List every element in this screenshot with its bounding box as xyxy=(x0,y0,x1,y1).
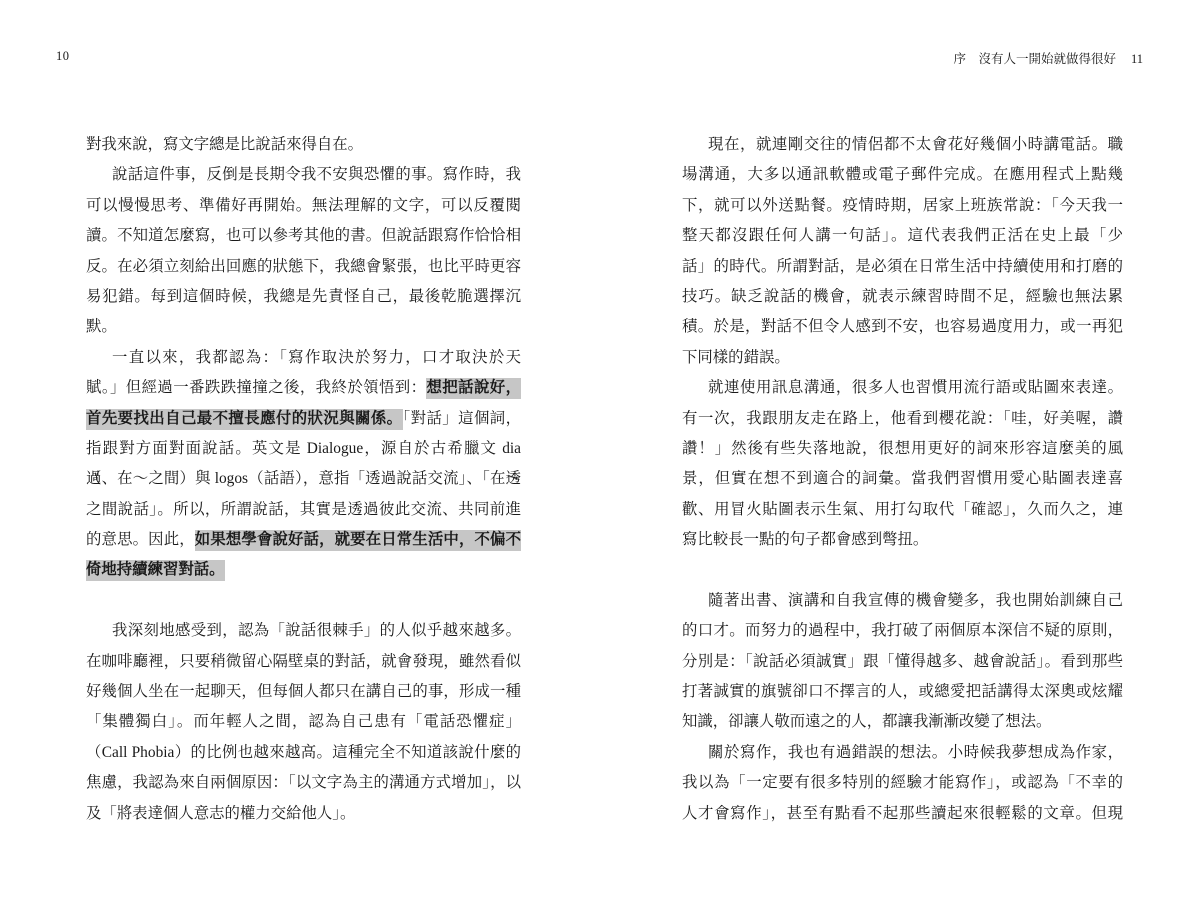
text-line: 分別是：「說話必須誠實」跟「懂得越多、越會說話」。看到那些 xyxy=(682,647,1123,677)
text-run: 可以慢慢思考、準備好再開始。無法理解的文字，可以反覆閱 xyxy=(86,197,521,214)
text-line: 知識，卻讓人敬而遠之的人，都讓我漸漸改變了想法。 xyxy=(682,707,1123,737)
text-run: 對我來說，寫文字總是比說話來得自在。 xyxy=(86,136,363,153)
text-run: 寫比較長一點的句子都會感到彆扭。 xyxy=(682,531,928,548)
text-run: 關於寫作，我也有過錯誤的想法。小時候我夢想成為作家， xyxy=(708,744,1123,761)
text-line: 的意思。因此，如果想學會說好話，就要在日常生活中，不偏不 xyxy=(86,525,521,555)
text-run: 「集體獨白」。而年輕人之間，認為自己患有「電話恐懼症」 xyxy=(86,713,521,730)
text-run: 話」的時代。所謂對話，是必須在日常生活中持續使用和打磨的 xyxy=(682,258,1123,275)
text-run: 下，就可以外送點餐。疫情時期，居家上班族常說：「今天我一 xyxy=(682,197,1123,214)
text-run: 賦。」但經過一番跌跌撞撞之後，我終於領悟到： xyxy=(86,379,426,396)
text-line: 默。 xyxy=(86,312,521,342)
running-header: 序 沒有人一開始就做得很好 11 xyxy=(953,49,1143,67)
text-line: 倚地持續練習對話。 xyxy=(86,555,521,585)
text-run: 焦慮，我認為來自兩個原因：「以文字為主的溝通方式增加」，以 xyxy=(86,774,521,791)
text-run: 場溝通，大多以通訊軟體或電子郵件完成。在應用程式上點幾 xyxy=(682,166,1123,183)
highlighted-text: 首先要找出自己最不擅長應付的狀況與關係。 xyxy=(86,409,403,430)
highlighted-text: 倚地持續練習對話。 xyxy=(86,560,225,581)
text-run: 好幾個人坐在一起聊天，但每個人都只在講自己的事，形成一種 xyxy=(86,683,521,700)
text-line: 整天都沒跟任何人講一句話」。這代表我們正活在史上最「少 xyxy=(682,221,1123,251)
text-run: 下同樣的錯誤。 xyxy=(682,349,790,366)
text-line: 說話這件事，反倒是長期令我不安與恐懼的事。寫作時，我 xyxy=(86,160,521,190)
text-line: 一直以來，我都認為：「寫作取決於努力，口才取決於天 xyxy=(86,343,521,373)
text-run: 過、在～之間）與 logos（話語），意指「透過說話交流」、「在～ xyxy=(86,470,521,487)
text-line: 過、在～之間）與 logos（話語），意指「透過說話交流」、「在～ xyxy=(86,464,521,494)
text-line: 反。在必須立刻給出回應的狀態下，我總會緊張，也比平時更容 xyxy=(86,252,521,282)
text-run: 易犯錯。每到這個時候，我總是先責怪自己，最後乾脆選擇沉 xyxy=(86,288,521,305)
text-run: 讚！」然後有些失落地說，很想用更好的詞來形容這麼美的風 xyxy=(682,440,1123,457)
text-run: 「對話」這個詞， xyxy=(403,410,521,427)
text-line: 讀。不知道怎麼寫，也可以參考其他的書。但說話跟寫作恰恰相 xyxy=(86,221,521,251)
page-number-right: 11 xyxy=(1131,52,1143,67)
text-line: 我以為「一定要有很多特別的經驗才能寫作」，或認為「不幸的 xyxy=(682,768,1123,798)
text-line: 就連使用訊息溝通，很多人也習慣用流行語或貼圖來表達。 xyxy=(682,373,1123,403)
text-run: 隨著出書、演講和自我宣傳的機會變多，我也開始訓練自己 xyxy=(708,592,1123,609)
highlighted-text: 如果想學會說好話，就要在日常生活中，不偏不 xyxy=(195,530,521,551)
page-number-left: 10 xyxy=(56,49,70,64)
text-line: 話」的時代。所謂對話，是必須在日常生活中持續使用和打磨的 xyxy=(682,252,1123,282)
text-line: 有一次，我跟朋友走在路上，他看到櫻花說：「哇，好美喔，讚 xyxy=(682,404,1123,434)
text-run: 景，但實在想不到適合的詞彙。當我們習慣用愛心貼圖表達喜 xyxy=(682,470,1123,487)
text-run: 分別是：「說話必須誠實」跟「懂得越多、越會說話」。看到那些 xyxy=(682,653,1123,670)
text-line: 首先要找出自己最不擅長應付的狀況與關係。「對話」這個詞， xyxy=(86,404,521,434)
text-run: 積。於是，對話不但令人感到不安，也容易過度用力，或一再犯 xyxy=(682,318,1123,335)
text-line: 景，但實在想不到適合的詞彙。當我們習慣用愛心貼圖表達喜 xyxy=(682,464,1123,494)
text-line: 焦慮，我認為來自兩個原因：「以文字為主的溝通方式增加」，以 xyxy=(86,768,521,798)
left-page-text: 對我來說，寫文字總是比說話來得自在。說話這件事，反倒是長期令我不安與恐懼的事。寫… xyxy=(86,130,521,829)
text-run: 就連使用訊息溝通，很多人也習慣用流行語或貼圖來表達。 xyxy=(708,379,1123,396)
text-line: 技巧。缺乏說話的機會，就表示練習時間不足，經驗也無法累 xyxy=(682,282,1123,312)
text-line: （Call Phobia）的比例也越來越高。這種完全不知道該說什麼的 xyxy=(86,738,521,768)
text-line: 打著誠實的旗號卻口不擇言的人，或總愛把話講得太深奧或炫耀 xyxy=(682,677,1123,707)
text-run: 人才會寫作」，甚至有點看不起那些讀起來很輕鬆的文章。但現 xyxy=(682,805,1123,822)
text-line: 的口才。而努力的過程中，我打破了兩個原本深信不疑的原則， xyxy=(682,616,1123,646)
text-run: 在咖啡廳裡，只要稍微留心隔壁桌的對話，就會發現，雖然看似 xyxy=(86,653,521,670)
text-line: 賦。」但經過一番跌跌撞撞之後，我終於領悟到：想把話說好， xyxy=(86,373,521,403)
text-line: 寫比較長一點的句子都會感到彆扭。 xyxy=(682,525,1123,555)
text-line: 下同樣的錯誤。 xyxy=(682,343,1123,373)
blank-line xyxy=(682,555,1123,585)
text-run: 我以為「一定要有很多特別的經驗才能寫作」，或認為「不幸的 xyxy=(682,774,1123,791)
text-run: 及「將表達個人意志的權力交給他人」。 xyxy=(86,805,355,822)
text-run: 讀。不知道怎麼寫，也可以參考其他的書。但說話跟寫作恰恰相 xyxy=(86,227,521,244)
text-line: 積。於是，對話不但令人感到不安，也容易過度用力，或一再犯 xyxy=(682,312,1123,342)
text-run: 整天都沒跟任何人講一句話」。這代表我們正活在史上最「少 xyxy=(682,227,1123,244)
text-line: 指跟對方面對面說話。英文是 Dialogue，源自於古希臘文 dia（透 xyxy=(86,434,521,464)
text-run: 的意思。因此， xyxy=(86,531,195,548)
text-run: 有一次，我跟朋友走在路上，他看到櫻花說：「哇，好美喔，讚 xyxy=(682,410,1123,427)
text-run: 知識，卻讓人敬而遠之的人，都讓我漸漸改變了想法。 xyxy=(682,713,1051,730)
text-run: 說話這件事，反倒是長期令我不安與恐懼的事。寫作時，我 xyxy=(112,166,521,183)
text-run: 反。在必須立刻給出回應的狀態下，我總會緊張，也比平時更容 xyxy=(86,258,521,275)
text-run: 默。 xyxy=(86,318,117,335)
running-title: 序 沒有人一開始就做得很好 xyxy=(953,49,1116,67)
text-run: 現在，就連剛交往的情侶都不太會花好幾個小時講電話。職 xyxy=(708,136,1123,153)
text-run: 的口才。而努力的過程中，我打破了兩個原本深信不疑的原則， xyxy=(682,622,1123,639)
text-line: 現在，就連剛交往的情侶都不太會花好幾個小時講電話。職 xyxy=(682,130,1123,160)
text-line: 場溝通，大多以通訊軟體或電子郵件完成。在應用程式上點幾 xyxy=(682,160,1123,190)
text-line: 人才會寫作」，甚至有點看不起那些讀起來很輕鬆的文章。但現 xyxy=(682,799,1123,829)
text-line: 我深刻地感受到，認為「說話很棘手」的人似乎越來越多。 xyxy=(86,616,521,646)
text-run: （Call Phobia）的比例也越來越高。這種完全不知道該說什麼的 xyxy=(86,744,521,761)
text-line: 之間說話」。所以，所謂說話，其實是透過彼此交流、共同前進 xyxy=(86,495,521,525)
text-line: 好幾個人坐在一起聊天，但每個人都只在講自己的事，形成一種 xyxy=(86,677,521,707)
text-line: 可以慢慢思考、準備好再開始。無法理解的文字，可以反覆閱 xyxy=(86,191,521,221)
text-run: 之間說話」。所以，所謂說話，其實是透過彼此交流、共同前進 xyxy=(86,501,521,518)
highlighted-text: 想把話說好， xyxy=(426,378,521,399)
text-line: 及「將表達個人意志的權力交給他人」。 xyxy=(86,799,521,829)
text-run: 技巧。缺乏說話的機會，就表示練習時間不足，經驗也無法累 xyxy=(682,288,1123,305)
text-run: 打著誠實的旗號卻口不擇言的人，或總愛把話講得太深奧或炫耀 xyxy=(682,683,1123,700)
text-line: 歡、用冒火貼圖表示生氣、用打勾取代「確認」，久而久之，連 xyxy=(682,495,1123,525)
text-line: 對我來說，寫文字總是比說話來得自在。 xyxy=(86,130,521,160)
right-page-text: 現在，就連剛交往的情侶都不太會花好幾個小時講電話。職場溝通，大多以通訊軟體或電子… xyxy=(682,130,1123,829)
text-line: 讚！」然後有些失落地說，很想用更好的詞來形容這麼美的風 xyxy=(682,434,1123,464)
text-line: 在咖啡廳裡，只要稍微留心隔壁桌的對話，就會發現，雖然看似 xyxy=(86,647,521,677)
text-line: 隨著出書、演講和自我宣傳的機會變多，我也開始訓練自己 xyxy=(682,586,1123,616)
text-line: 易犯錯。每到這個時候，我總是先責怪自己，最後乾脆選擇沉 xyxy=(86,282,521,312)
text-run: 歡、用冒火貼圖表示生氣、用打勾取代「確認」，久而久之，連 xyxy=(682,501,1123,518)
text-run: 一直以來，我都認為：「寫作取決於努力，口才取決於天 xyxy=(112,349,521,366)
text-line: 關於寫作，我也有過錯誤的想法。小時候我夢想成為作家， xyxy=(682,738,1123,768)
text-line: 「集體獨白」。而年輕人之間，認為自己患有「電話恐懼症」 xyxy=(86,707,521,737)
text-line: 下，就可以外送點餐。疫情時期，居家上班族常說：「今天我一 xyxy=(682,191,1123,221)
blank-line xyxy=(86,586,521,616)
text-run: 我深刻地感受到，認為「說話很棘手」的人似乎越來越多。 xyxy=(112,622,521,639)
book-spread: 10 序 沒有人一開始就做得很好 11 對我來說，寫文字總是比說話來得自在。說話… xyxy=(0,0,1200,899)
